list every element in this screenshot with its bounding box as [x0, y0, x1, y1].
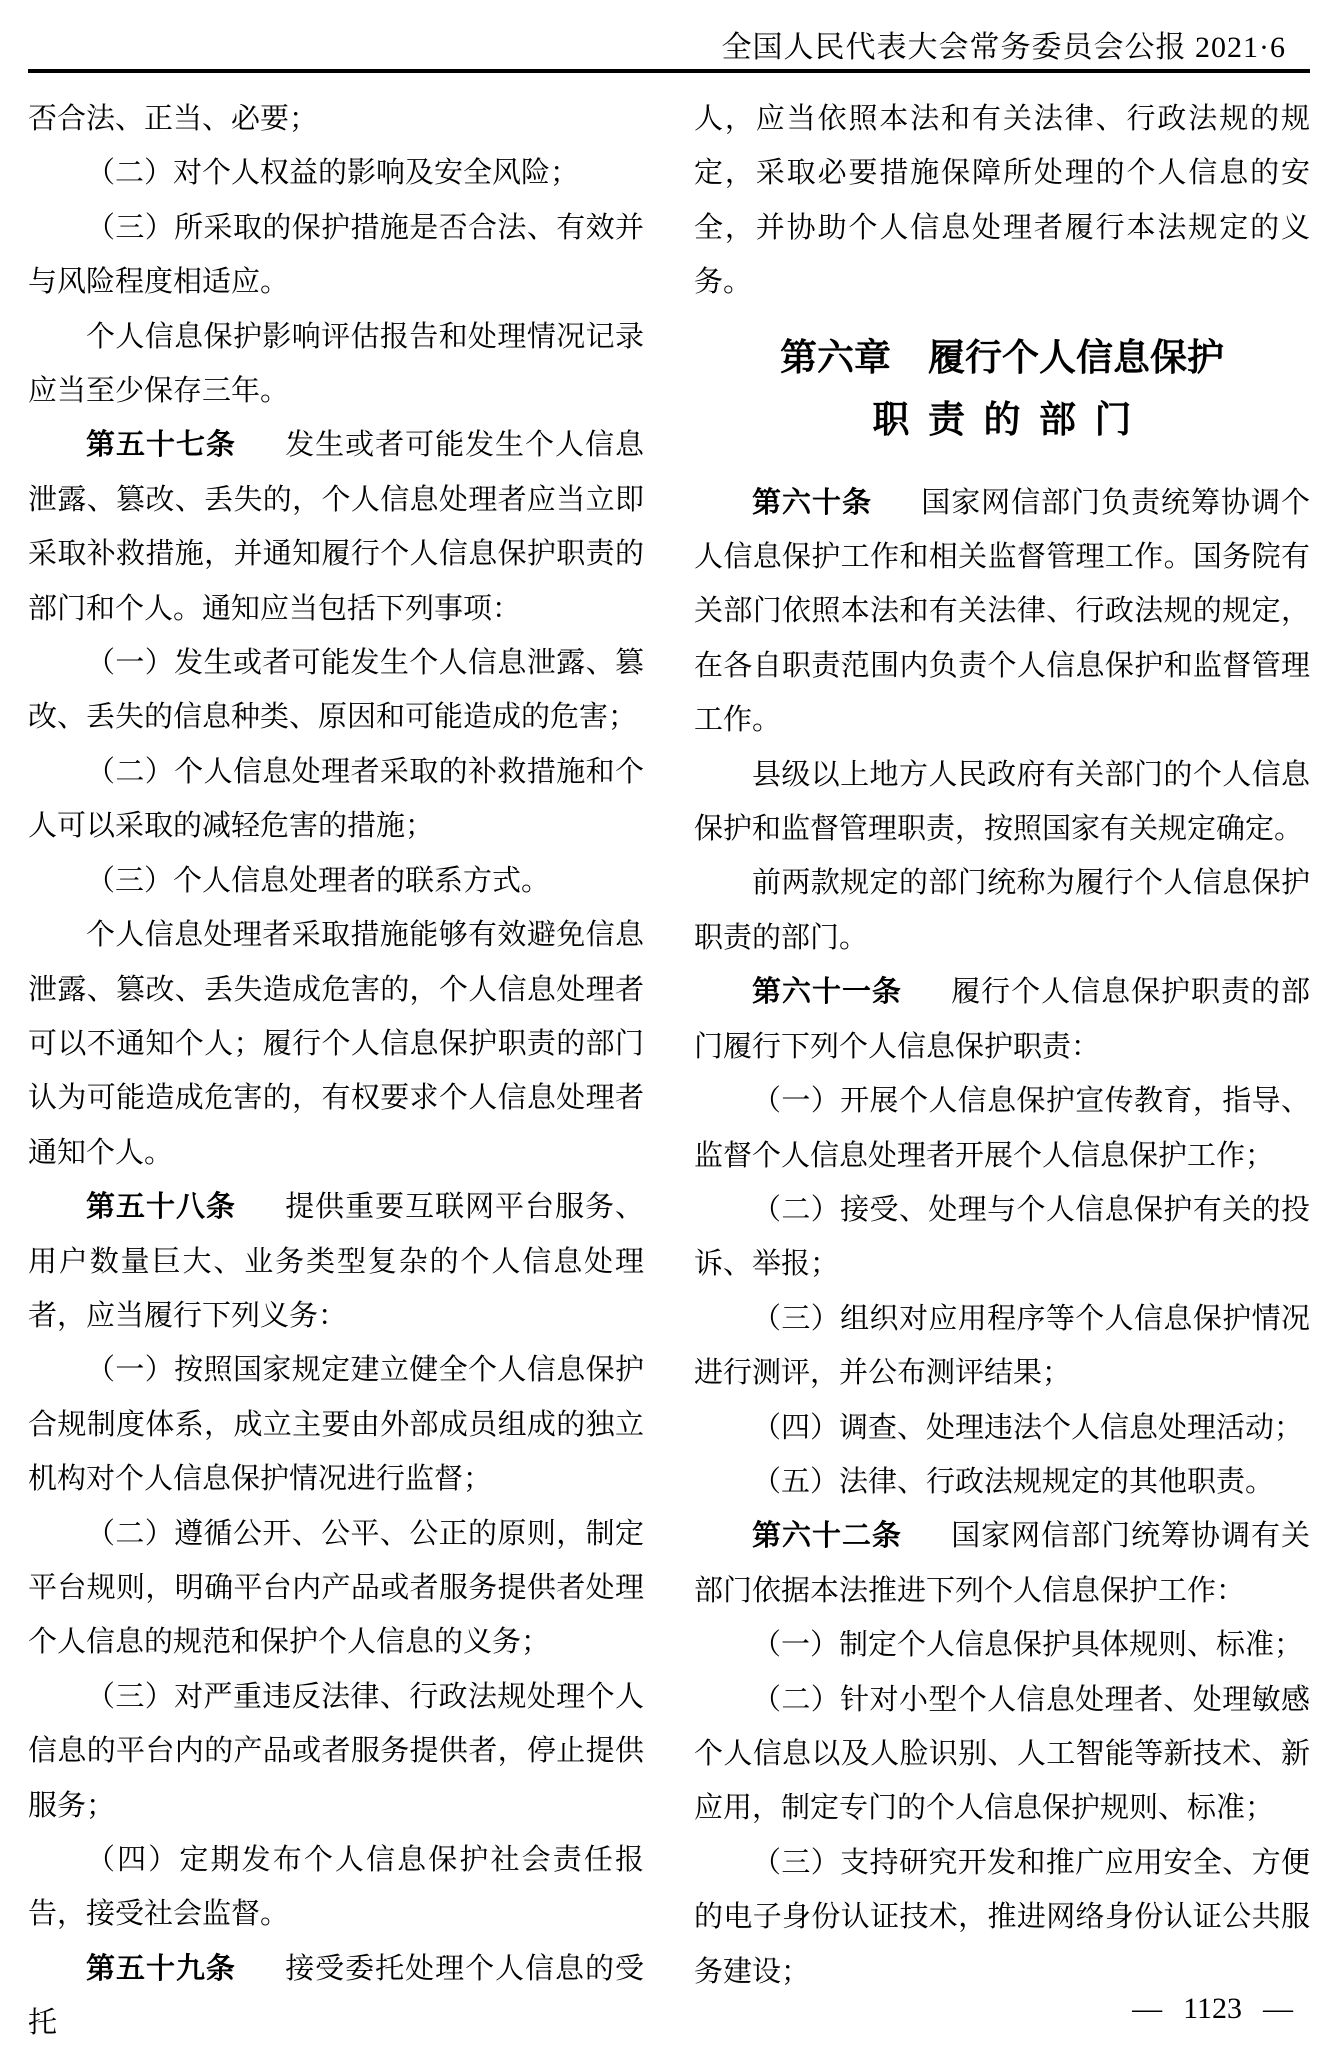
paragraph-text: （三）支持研究开发和推广应用安全、方便的电子身份认证技术，推进网络身份认证公共服… [694, 1847, 1310, 1988]
article-paragraph: 第六十二条国家网信部门统筹协调有关部门依据本法推进下列个人信息保护工作： [694, 1509, 1310, 1618]
paragraph-text: 国家网信部门负责统筹协调个人信息保护工作和相关监督管理工作。国务院有关部门依照本… [694, 487, 1310, 737]
paragraph-text: （二）针对小型个人信息处理者、处理敏感个人信息以及人脸识别、人工智能等新技术、新… [694, 1684, 1310, 1825]
paragraph-text: 人，应当依照本法和有关法律、行政法规的规定，采取必要措施保障所处理的个人信息的安… [694, 103, 1310, 298]
article-paragraph: 第六十条国家网信部门负责统筹协调个人信息保护工作和相关监督管理工作。国务院有关部… [694, 476, 1310, 748]
paragraph: 县级以上地方人民政府有关部门的个人信息保护和监督管理职责，按照国家有关规定确定。 [694, 748, 1310, 857]
paragraph-text: （二）对个人权益的影响及安全风险； [86, 157, 579, 189]
article-number: 第五十八条 [86, 1191, 236, 1223]
paragraph-text: （一）按照国家规定建立健全个人信息保护合规制度体系，成立主要由外部成员组成的独立… [28, 1354, 644, 1495]
paragraph-text: （二）遵循公开、公平、公正的原则，制定平台规则，明确平台内产品或者服务提供者处理… [28, 1518, 644, 1659]
paragraph: （三）对严重违反法律、行政法规处理个人信息的平台内的产品或者服务提供者，停止提供… [28, 1670, 644, 1833]
paragraph-text: 个人信息处理者采取措施能够有效避免信息泄露、篡改、丢失造成危害的，个人信息处理者… [28, 919, 644, 1169]
article-paragraph: 第五十八条提供重要互联网平台服务、用户数量巨大、业务类型复杂的个人信息处理者，应… [28, 1180, 644, 1343]
paragraph: （一）按照国家规定建立健全个人信息保护合规制度体系，成立主要由外部成员组成的独立… [28, 1343, 644, 1506]
paragraph-text: （三）个人信息处理者的联系方式。 [86, 865, 550, 897]
paragraph: （二）个人信息处理者采取的补救措施和个人可以采取的减轻危害的措施； [28, 745, 644, 854]
paragraph-text: （三）对严重违反法律、行政法规处理个人信息的平台内的产品或者服务提供者，停止提供… [28, 1681, 644, 1822]
paragraph-text: （一）制定个人信息保护具体规则、标准； [752, 1629, 1303, 1661]
chapter-heading: 第六章 履行个人信息保护 职责的部门 [694, 327, 1310, 451]
paragraph: （三）所采取的保护措施是否合法、有效并与风险程度相适应。 [28, 201, 644, 310]
paragraph: （三）支持研究开发和推广应用安全、方便的电子身份认证技术，推进网络身份认证公共服… [694, 1836, 1310, 1999]
paragraph: （四）定期发布个人信息保护社会责任报告，接受社会监督。 [28, 1833, 644, 1942]
paragraph: （二）对个人权益的影响及安全风险； [28, 146, 644, 200]
paragraph-text: （三）所采取的保护措施是否合法、有效并与风险程度相适应。 [28, 212, 644, 298]
paragraph-text: （一）发生或者可能发生个人信息泄露、篡改、丢失的信息种类、原因和可能造成的危害； [28, 647, 644, 733]
page-number: — 1123 — [1132, 1992, 1293, 2026]
paragraph-text: 前两款规定的部门统称为履行个人信息保护职责的部门。 [694, 867, 1310, 953]
article-number: 第六十条 [752, 487, 872, 519]
article-number: 第五十九条 [86, 1953, 236, 1985]
paragraph-text: （四）定期发布个人信息保护社会责任报告，接受社会监督。 [28, 1844, 644, 1930]
paragraph-text: （二）接受、处理与个人信息保护有关的投诉、举报； [694, 1194, 1310, 1280]
paragraph-text: 否合法、正当、必要； [28, 103, 318, 135]
paragraph-text: （一）开展个人信息保护宣传教育，指导、监督个人信息处理者开展个人信息保护工作； [694, 1085, 1310, 1171]
left-column: 否合法、正当、必要； （二）对个人权益的影响及安全风险； （三）所采取的保护措施… [28, 92, 644, 2051]
paragraph-text: （四）调查、处理违法个人信息处理活动； [752, 1412, 1303, 1444]
paragraph-text: （二）个人信息处理者采取的补救措施和个人可以采取的减轻危害的措施； [28, 756, 644, 842]
chapter-heading-line1: 第六章 履行个人信息保护 [694, 327, 1310, 389]
paragraph: （二）针对小型个人信息处理者、处理敏感个人信息以及人脸识别、人工智能等新技术、新… [694, 1673, 1310, 1836]
right-column: 人，应当依照本法和有关法律、行政法规的规定，采取必要措施保障所处理的个人信息的安… [694, 92, 1310, 2051]
paragraph-text: （五）法律、行政法规规定的其他职责。 [752, 1466, 1274, 1498]
article-paragraph: 第五十七条发生或者可能发生个人信息泄露、篡改、丢失的，个人信息处理者应当立即采取… [28, 418, 644, 636]
paragraph: 个人信息处理者采取措施能够有效避免信息泄露、篡改、丢失造成危害的，个人信息处理者… [28, 908, 644, 1180]
paragraph: （一）开展个人信息保护宣传教育，指导、监督个人信息处理者开展个人信息保护工作； [694, 1074, 1310, 1183]
paragraph: （二）遵循公开、公平、公正的原则，制定平台规则，明确平台内产品或者服务提供者处理… [28, 1507, 644, 1670]
paragraph-text: （三）组织对应用程序等个人信息保护情况进行测评，并公布测评结果； [694, 1303, 1310, 1389]
paragraph: （一）发生或者可能发生个人信息泄露、篡改、丢失的信息种类、原因和可能造成的危害； [28, 636, 644, 745]
paragraph-text: 个人信息保护影响评估报告和处理情况记录应当至少保存三年。 [28, 321, 644, 407]
paragraph-text: 县级以上地方人民政府有关部门的个人信息保护和监督管理职责，按照国家有关规定确定。 [694, 759, 1310, 845]
article-number: 第六十一条 [752, 976, 902, 1008]
header-divider-rule [28, 69, 1310, 73]
article-paragraph: 第五十九条接受委托处理个人信息的受托 [28, 1942, 644, 2051]
article-number: 第五十七条 [86, 429, 236, 461]
paragraph: 否合法、正当、必要； [28, 92, 644, 146]
paragraph: 人，应当依照本法和有关法律、行政法规的规定，采取必要措施保障所处理的个人信息的安… [694, 92, 1310, 310]
page-header-title: 全国人民代表大会常务委员会公报 2021·6 [722, 22, 1287, 66]
paragraph: （二）接受、处理与个人信息保护有关的投诉、举报； [694, 1183, 1310, 1292]
paragraph: 个人信息保护影响评估报告和处理情况记录应当至少保存三年。 [28, 310, 644, 419]
article-number: 第六十二条 [752, 1520, 902, 1552]
chapter-heading-line2: 职责的部门 [694, 389, 1310, 451]
paragraph: （三）个人信息处理者的联系方式。 [28, 854, 644, 908]
paragraph: （五）法律、行政法规规定的其他职责。 [694, 1455, 1310, 1509]
document-page: 全国人民代表大会常务委员会公报 2021·6 否合法、正当、必要； （二）对个人… [0, 0, 1335, 2055]
two-column-body: 否合法、正当、必要； （二）对个人权益的影响及安全风险； （三）所采取的保护措施… [28, 92, 1310, 2051]
paragraph: （一）制定个人信息保护具体规则、标准； [694, 1618, 1310, 1672]
article-paragraph: 第六十一条履行个人信息保护职责的部门履行下列个人信息保护职责： [694, 965, 1310, 1074]
paragraph: 前两款规定的部门统称为履行个人信息保护职责的部门。 [694, 856, 1310, 965]
paragraph: （三）组织对应用程序等个人信息保护情况进行测评，并公布测评结果； [694, 1292, 1310, 1401]
paragraph: （四）调查、处理违法个人信息处理活动； [694, 1401, 1310, 1455]
